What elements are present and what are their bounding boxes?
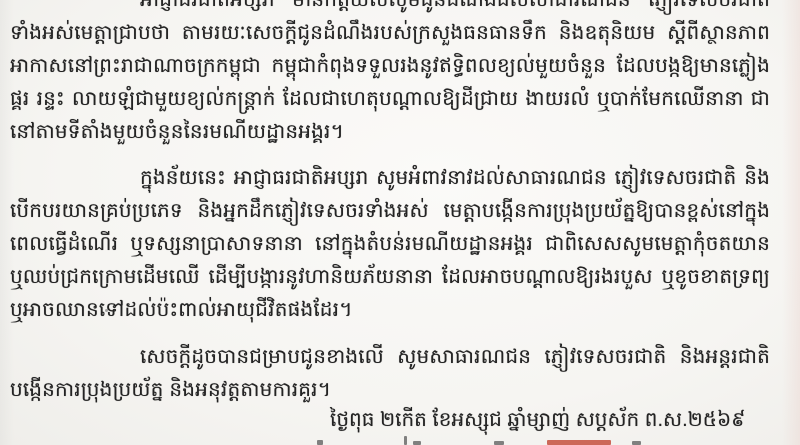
text-line: ទាំងអស់មេត្តាជ្រាបថា តាមរយៈសេចក្ដីជូនដំណ…: [10, 17, 770, 50]
document-body: អាជ្ញាធរជាតិអប្សរា មានកិត្តិយសសូមជូនដំណឹ…: [10, 0, 770, 407]
red-mark-fragment: [547, 440, 611, 445]
text-line: បង្កើនការប្រុងប្រយ័ត្ន និងអនុវត្តតាមការគ…: [10, 374, 770, 407]
paragraph: សេចក្ដីដូចបានជម្រាបជូនខាងលើ សូមសាធារណជន …: [10, 341, 770, 407]
text-line: បើកបរយានគ្រប់ប្រភេទ និងអ្នកដឹកភ្ញៀវទេសចរ…: [10, 195, 770, 228]
clipped-glyph-fragment: [632, 441, 641, 445]
text-line: ផ្គរ រន្ទះ លាយឡំជាមួយខ្យល់កន្ត្រាក់ ដែលជ…: [10, 83, 770, 116]
text-line: អាជ្ញាធរជាតិអប្សរា មានកិត្តិយសសូមជូនដំណឹ…: [10, 0, 770, 17]
paragraph: អាជ្ញាធរជាតិអប្សរា មានកិត្តិយសសូមជូនដំណឹ…: [10, 0, 770, 149]
clipped-glyph-fragment: [317, 440, 323, 445]
text-line: ឬឈប់ជ្រកក្រោមដើមឈើ ដើម្បីបង្ការនូវហានិយភ…: [10, 261, 770, 294]
text-line: ពេលធ្វើដំណើរ ឬទស្សនាប្រាសាទនានា នៅក្នុងត…: [10, 228, 770, 261]
clipped-glyph-fragment: [413, 441, 421, 445]
clipped-glyph-fragment: [404, 436, 407, 445]
scanned-document-page: អាជ្ញាធរជាតិអប្សរា មានកិត្តិយសសូមជូនដំណឹ…: [0, 0, 800, 445]
date-line: ថ្ងៃពុធ ២កើត ខែអស្សុជ ឆ្នាំម្សាញ់ សប្តស័…: [330, 404, 745, 437]
clipped-glyph-fragment: [494, 441, 504, 445]
text-line: ឬអាចឈានទៅដល់ប៉ះពាល់អាយុជីវិតផងដែរ។: [10, 294, 770, 327]
paragraph: ក្នុងន័យនេះ អាជ្ញាធរជាតិអប្សរា សូមអំពាវន…: [10, 162, 770, 327]
text-line: ក្នុងន័យនេះ អាជ្ញាធរជាតិអប្សរា សូមអំពាវន…: [10, 162, 770, 195]
text-line: សេចក្ដីដូចបានជម្រាបជូនខាងលើ សូមសាធារណជន …: [10, 341, 770, 374]
scan-speck: [105, 309, 108, 312]
text-line: អាកាសនៅព្រះរាជាណាចក្រកម្ពុជា កម្ពុជាកំពុ…: [10, 50, 770, 83]
text-line: នៅតាមទីតាំងមួយចំនួននៃរមណីយដ្ឋានអង្គរ។: [10, 116, 770, 149]
